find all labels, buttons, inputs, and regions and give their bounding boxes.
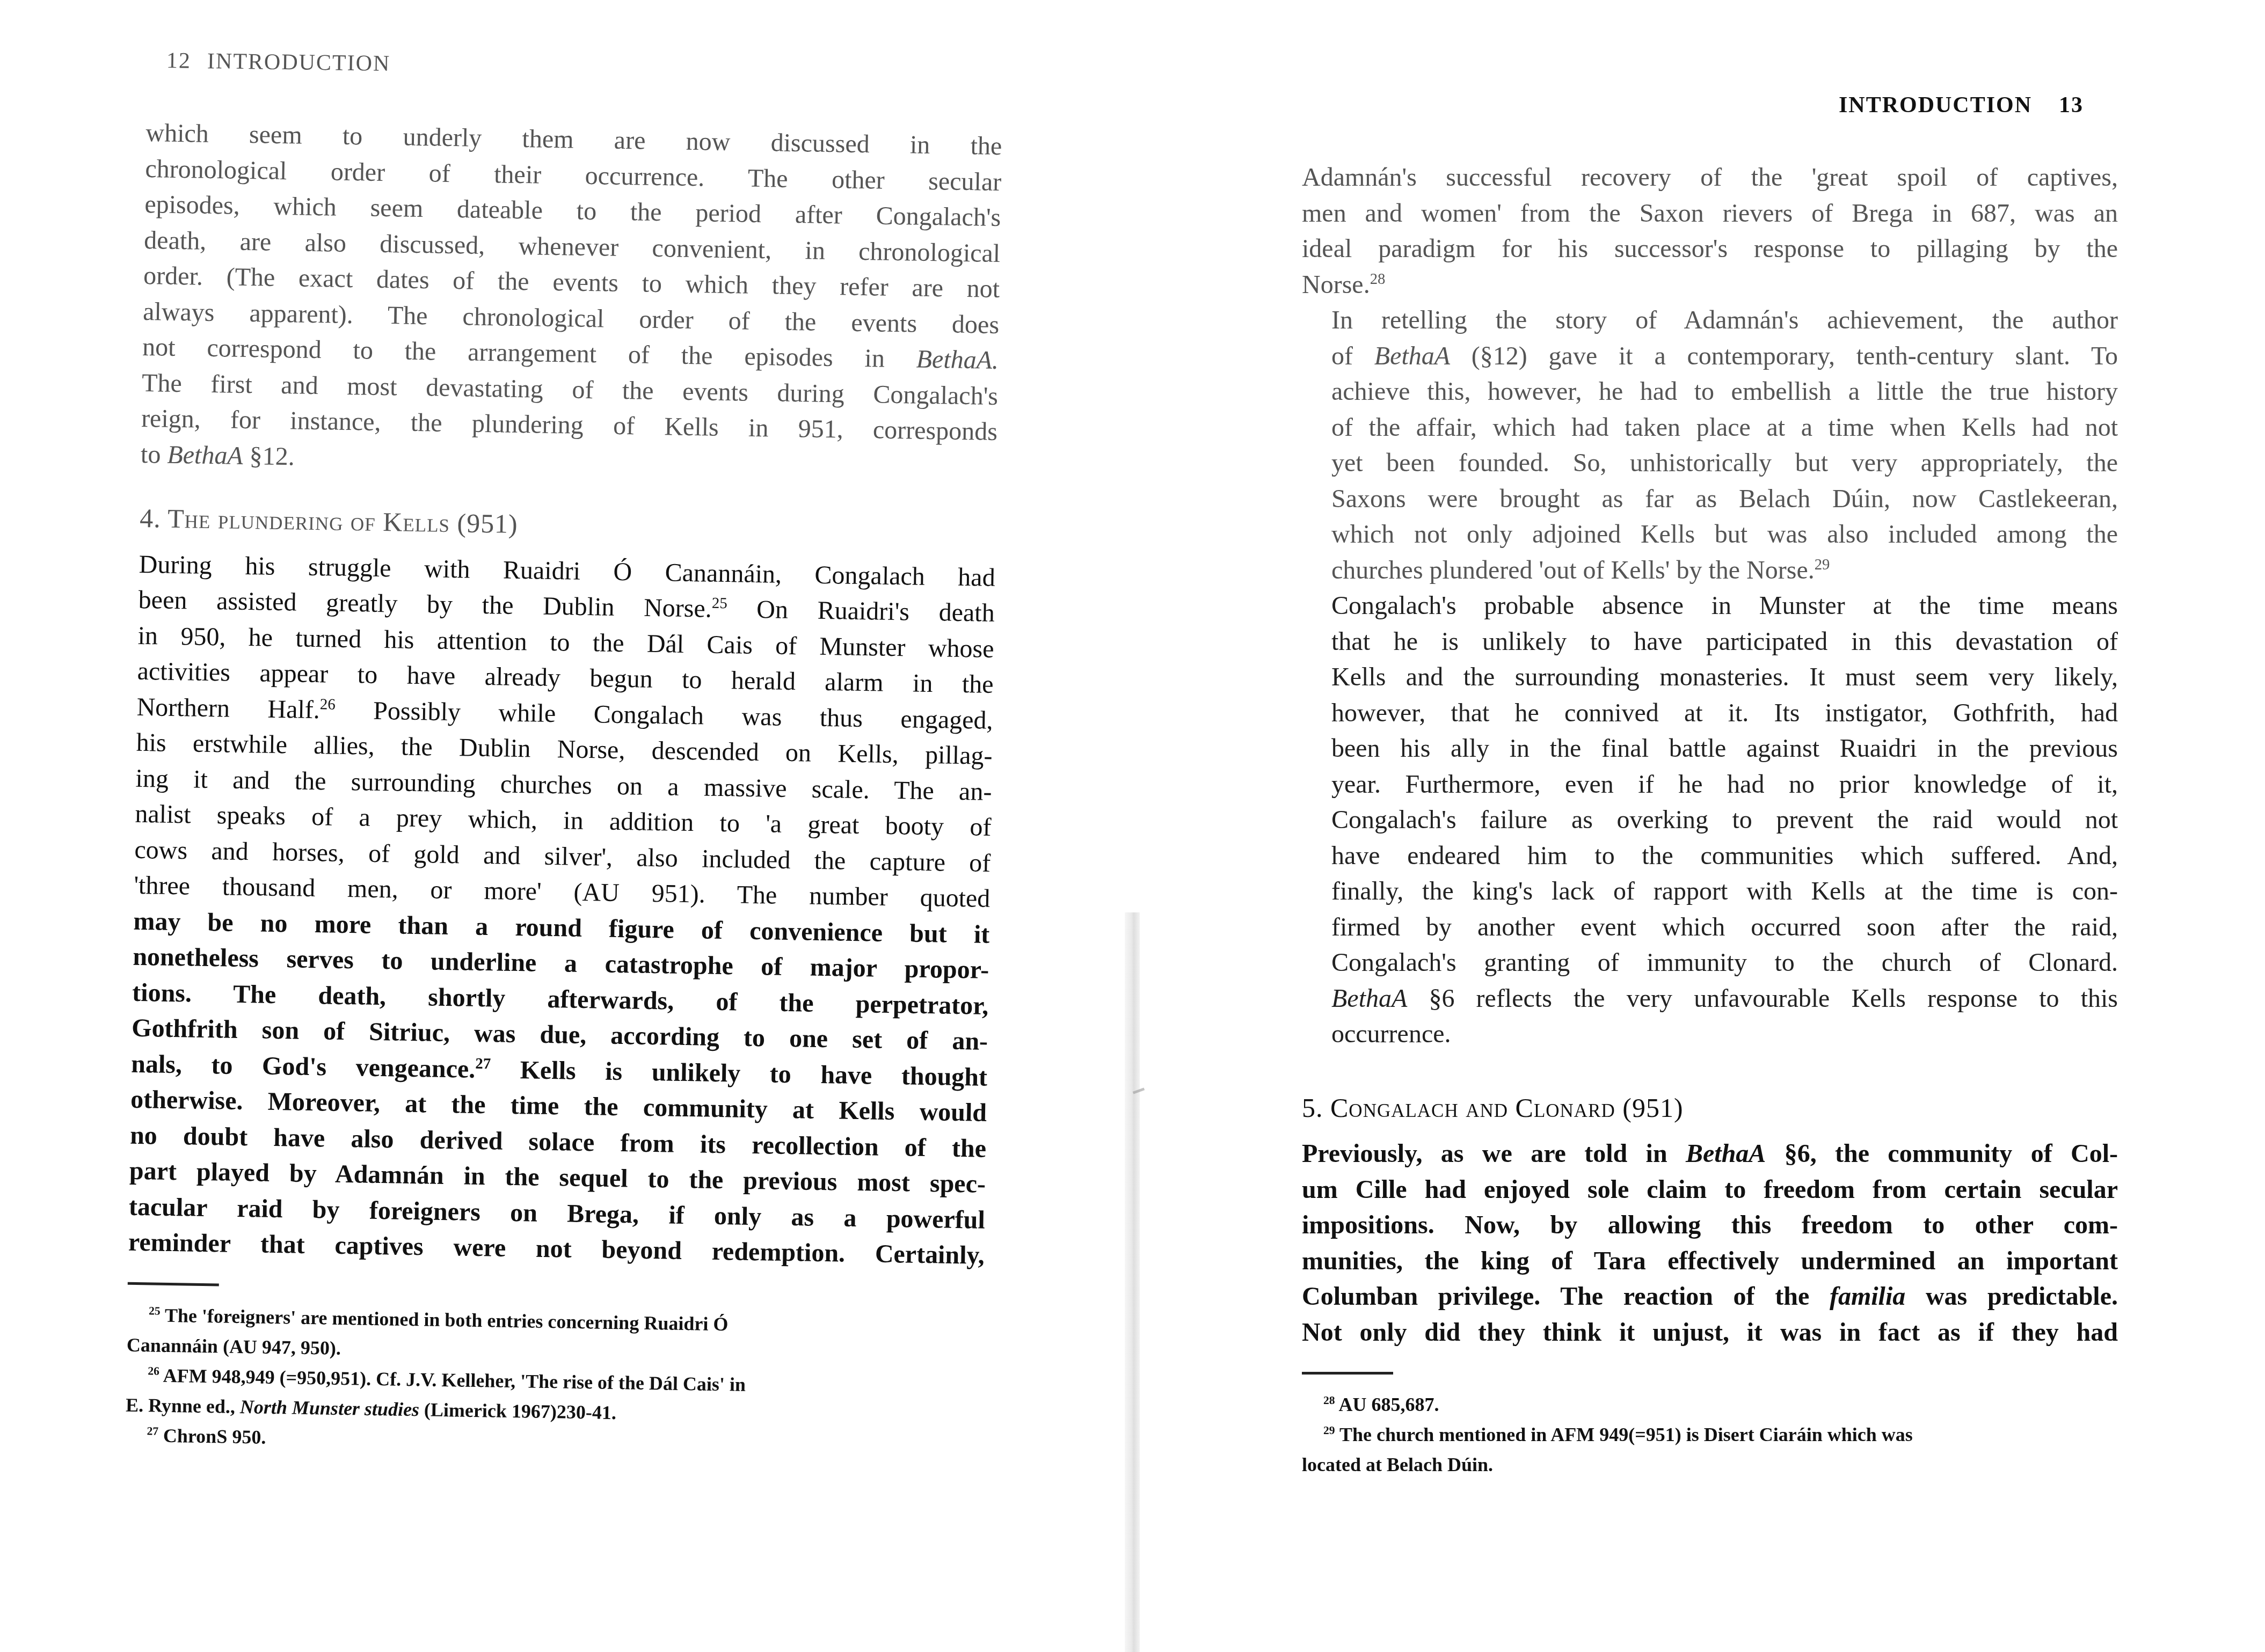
- text-segment: §6 reflects the very unfavourable Kells …: [1407, 984, 2118, 1013]
- italic-title: North Munster studies: [240, 1396, 420, 1420]
- text-line: occurrence.: [1302, 1017, 2118, 1052]
- section-heading-5: 5. Congalach and Clonard (951): [1302, 1090, 2118, 1126]
- right-paragraph-2: In retelling the story of Adamnán's achi…: [1302, 303, 2118, 588]
- text-line: Adamnán's successful recovery of the 'gr…: [1302, 160, 2118, 196]
- left-text-column: which seem to underly them are now discu…: [125, 115, 1002, 1463]
- footnote-ref[interactable]: 26: [320, 696, 336, 713]
- text-line: Congalach's probable absence in Munster …: [1302, 588, 2118, 624]
- page-number-right: 13: [2059, 93, 2084, 118]
- running-head-right: INTRODUCTION13: [1839, 92, 2084, 118]
- footnote-number: 27: [147, 1424, 158, 1437]
- footnote-text: AU 685,687.: [1339, 1394, 1439, 1415]
- text-line: that he is unlikely to have participated…: [1302, 624, 2118, 660]
- text-line: Congalach's granting of immunity to the …: [1302, 945, 2118, 981]
- text-line: of BethaA (§12) gave it a contemporary, …: [1302, 339, 2118, 375]
- text-segment: Columban privilege. The reaction of the: [1302, 1282, 1830, 1311]
- footnote-number: 29: [1323, 1424, 1335, 1437]
- footnote-divider: [128, 1282, 219, 1286]
- text-segment: Possibly while Congalach was thus engage…: [335, 696, 993, 734]
- footnote-text: The church mentioned in AFM 949(=951) is…: [1339, 1424, 1913, 1445]
- text-line: men and women' from the Saxon rievers of…: [1302, 196, 2118, 232]
- text-segment: §12.: [243, 441, 295, 471]
- italic-title: BethaA.: [916, 345, 999, 375]
- footnote-divider: [1302, 1372, 1393, 1375]
- right-paragraph-4: Previously, as we are told in BethaA §6,…: [1302, 1136, 2118, 1350]
- running-head-title-right: INTRODUCTION: [1839, 93, 2032, 118]
- page-number-left: 12: [166, 48, 192, 74]
- footnote-text: The 'foreigners' are mentioned in both e…: [165, 1304, 729, 1334]
- text-segment: been assisted greatly by the Dublin Nors…: [138, 586, 712, 623]
- right-paragraph-3: Congalach's probable absence in Munster …: [1302, 588, 2118, 1052]
- italic-title: BethaA: [167, 440, 243, 470]
- text-segment: (§12) gave it a contemporary, tenth-cent…: [1450, 342, 2118, 370]
- footnotes-right: 28 AU 685,687. 29 The church mentioned i…: [1302, 1390, 2118, 1480]
- footnote-ref[interactable]: 28: [1370, 271, 1386, 288]
- text-line: Norse.28: [1302, 267, 2118, 303]
- text-line: In retelling the story of Adamnán's achi…: [1302, 303, 2118, 339]
- text-segment: Northern Half.: [136, 692, 320, 723]
- footnote-ref[interactable]: 29: [1815, 556, 1830, 573]
- text-segment: (Limerick 1967)230-41.: [419, 1399, 617, 1423]
- text-segment: churches plundered 'out of Kells' by the…: [1331, 556, 1815, 584]
- text-segment: of: [1331, 342, 1374, 370]
- running-head-left: 12INTRODUCTION: [166, 48, 391, 77]
- book-gutter: [1125, 912, 1140, 1652]
- right-page: INTRODUCTION13 Adamnán's successful reco…: [1138, 0, 2265, 1652]
- text-line: Congalach's failure as overking to preve…: [1302, 802, 2118, 838]
- section-4-paragraph: During his struggle with Ruaidri Ó Canan…: [128, 546, 995, 1274]
- footnote-text: located at Belach Dúin.: [1302, 1450, 2118, 1480]
- footnote-text: AFM 948,949 (=950,951). Cf. J.V. Kellehe…: [163, 1364, 746, 1395]
- intro-paragraph: which seem to underly them are now discu…: [141, 115, 1002, 486]
- italic-title: BethaA: [1331, 984, 1407, 1013]
- text-segment: Norse.: [1302, 271, 1370, 299]
- text-line: have endeared him to the communities whi…: [1302, 838, 2118, 874]
- text-line: Not only did they think it unjust, it wa…: [1302, 1315, 2118, 1351]
- right-paragraph-1: Adamnán's successful recovery of the 'gr…: [1302, 160, 2118, 303]
- footnote-ref[interactable]: 27: [475, 1055, 491, 1072]
- text-segment: On Ruaidri's death: [727, 595, 995, 627]
- text-line: year. Furthermore, even if he had no pri…: [1302, 767, 2118, 803]
- text-line: which not only adjoined Kells but was al…: [1302, 517, 2118, 553]
- text-line: Saxons were brought as far as Belach Dúi…: [1302, 481, 2118, 517]
- footnotes-left: 25 The 'foreigners' are mentioned in bot…: [125, 1299, 984, 1463]
- italic-title: BethaA: [1686, 1139, 1766, 1168]
- text-line: been his ally in the final battle agains…: [1302, 731, 2118, 767]
- text-line: firmed by another event which occurred s…: [1302, 910, 2118, 946]
- right-text-column: Adamnán's successful recovery of the 'gr…: [1302, 160, 2118, 1480]
- left-page: 12INTRODUCTION which seem to underly the…: [0, 0, 1122, 1652]
- text-segment: E. Rynne ed.,: [126, 1394, 240, 1417]
- text-line: ideal paradigm for his successor's respo…: [1302, 231, 2118, 267]
- text-segment: §6, the community of Col-: [1766, 1139, 2118, 1168]
- footnote-28: 28 AU 685,687.: [1302, 1390, 2118, 1420]
- text-line: munities, the king of Tara effectively u…: [1302, 1244, 2118, 1280]
- text-line: finally, the king's lack of rapport with…: [1302, 874, 2118, 910]
- footnote-29: 29 The church mentioned in AFM 949(=951)…: [1302, 1420, 2118, 1450]
- text-line: Previously, as we are told in BethaA §6,…: [1302, 1136, 2118, 1172]
- text-line: churches plundered 'out of Kells' by the…: [1302, 553, 2118, 589]
- section-heading-4: 4. The plundering of Kells (951): [140, 500, 996, 550]
- text-line: yet been founded. So, unhistorically but…: [1302, 445, 2118, 481]
- italic-term: familia: [1830, 1282, 1905, 1311]
- text-segment: was predictable.: [1905, 1282, 2118, 1311]
- text-line: Columban privilege. The reaction of the …: [1302, 1279, 2118, 1315]
- text-segment: Previously, as we are told in: [1302, 1139, 1686, 1168]
- footnote-text: ChronS 950.: [163, 1424, 266, 1448]
- text-line: Kells and the surrounding monasteries. I…: [1302, 660, 2118, 696]
- running-head-title-left: INTRODUCTION: [207, 49, 391, 76]
- italic-title: BethaA: [1374, 342, 1450, 370]
- text-line: impositions. Now, by allowing this freed…: [1302, 1208, 2118, 1244]
- text-line: achieve this, however, he had to embelli…: [1302, 374, 2118, 410]
- footnote-ref[interactable]: 25: [712, 595, 727, 612]
- text-line: um Cille had enjoyed sole claim to freed…: [1302, 1172, 2118, 1208]
- text-segment: nals, to God's vengeance.: [131, 1049, 476, 1083]
- text-line: of the affair, which had taken place at …: [1302, 410, 2118, 446]
- footnote-number: 26: [148, 1364, 159, 1377]
- footnote-number: 25: [149, 1304, 161, 1317]
- text-line: BethaA §6 reflects the very unfavourable…: [1302, 981, 2118, 1017]
- text-segment: Kells is unlikely to have thought: [491, 1055, 988, 1092]
- text-segment: to: [141, 440, 161, 469]
- footnote-number: 28: [1323, 1394, 1335, 1407]
- text-line: however, that he connived at it. Its ins…: [1302, 696, 2118, 732]
